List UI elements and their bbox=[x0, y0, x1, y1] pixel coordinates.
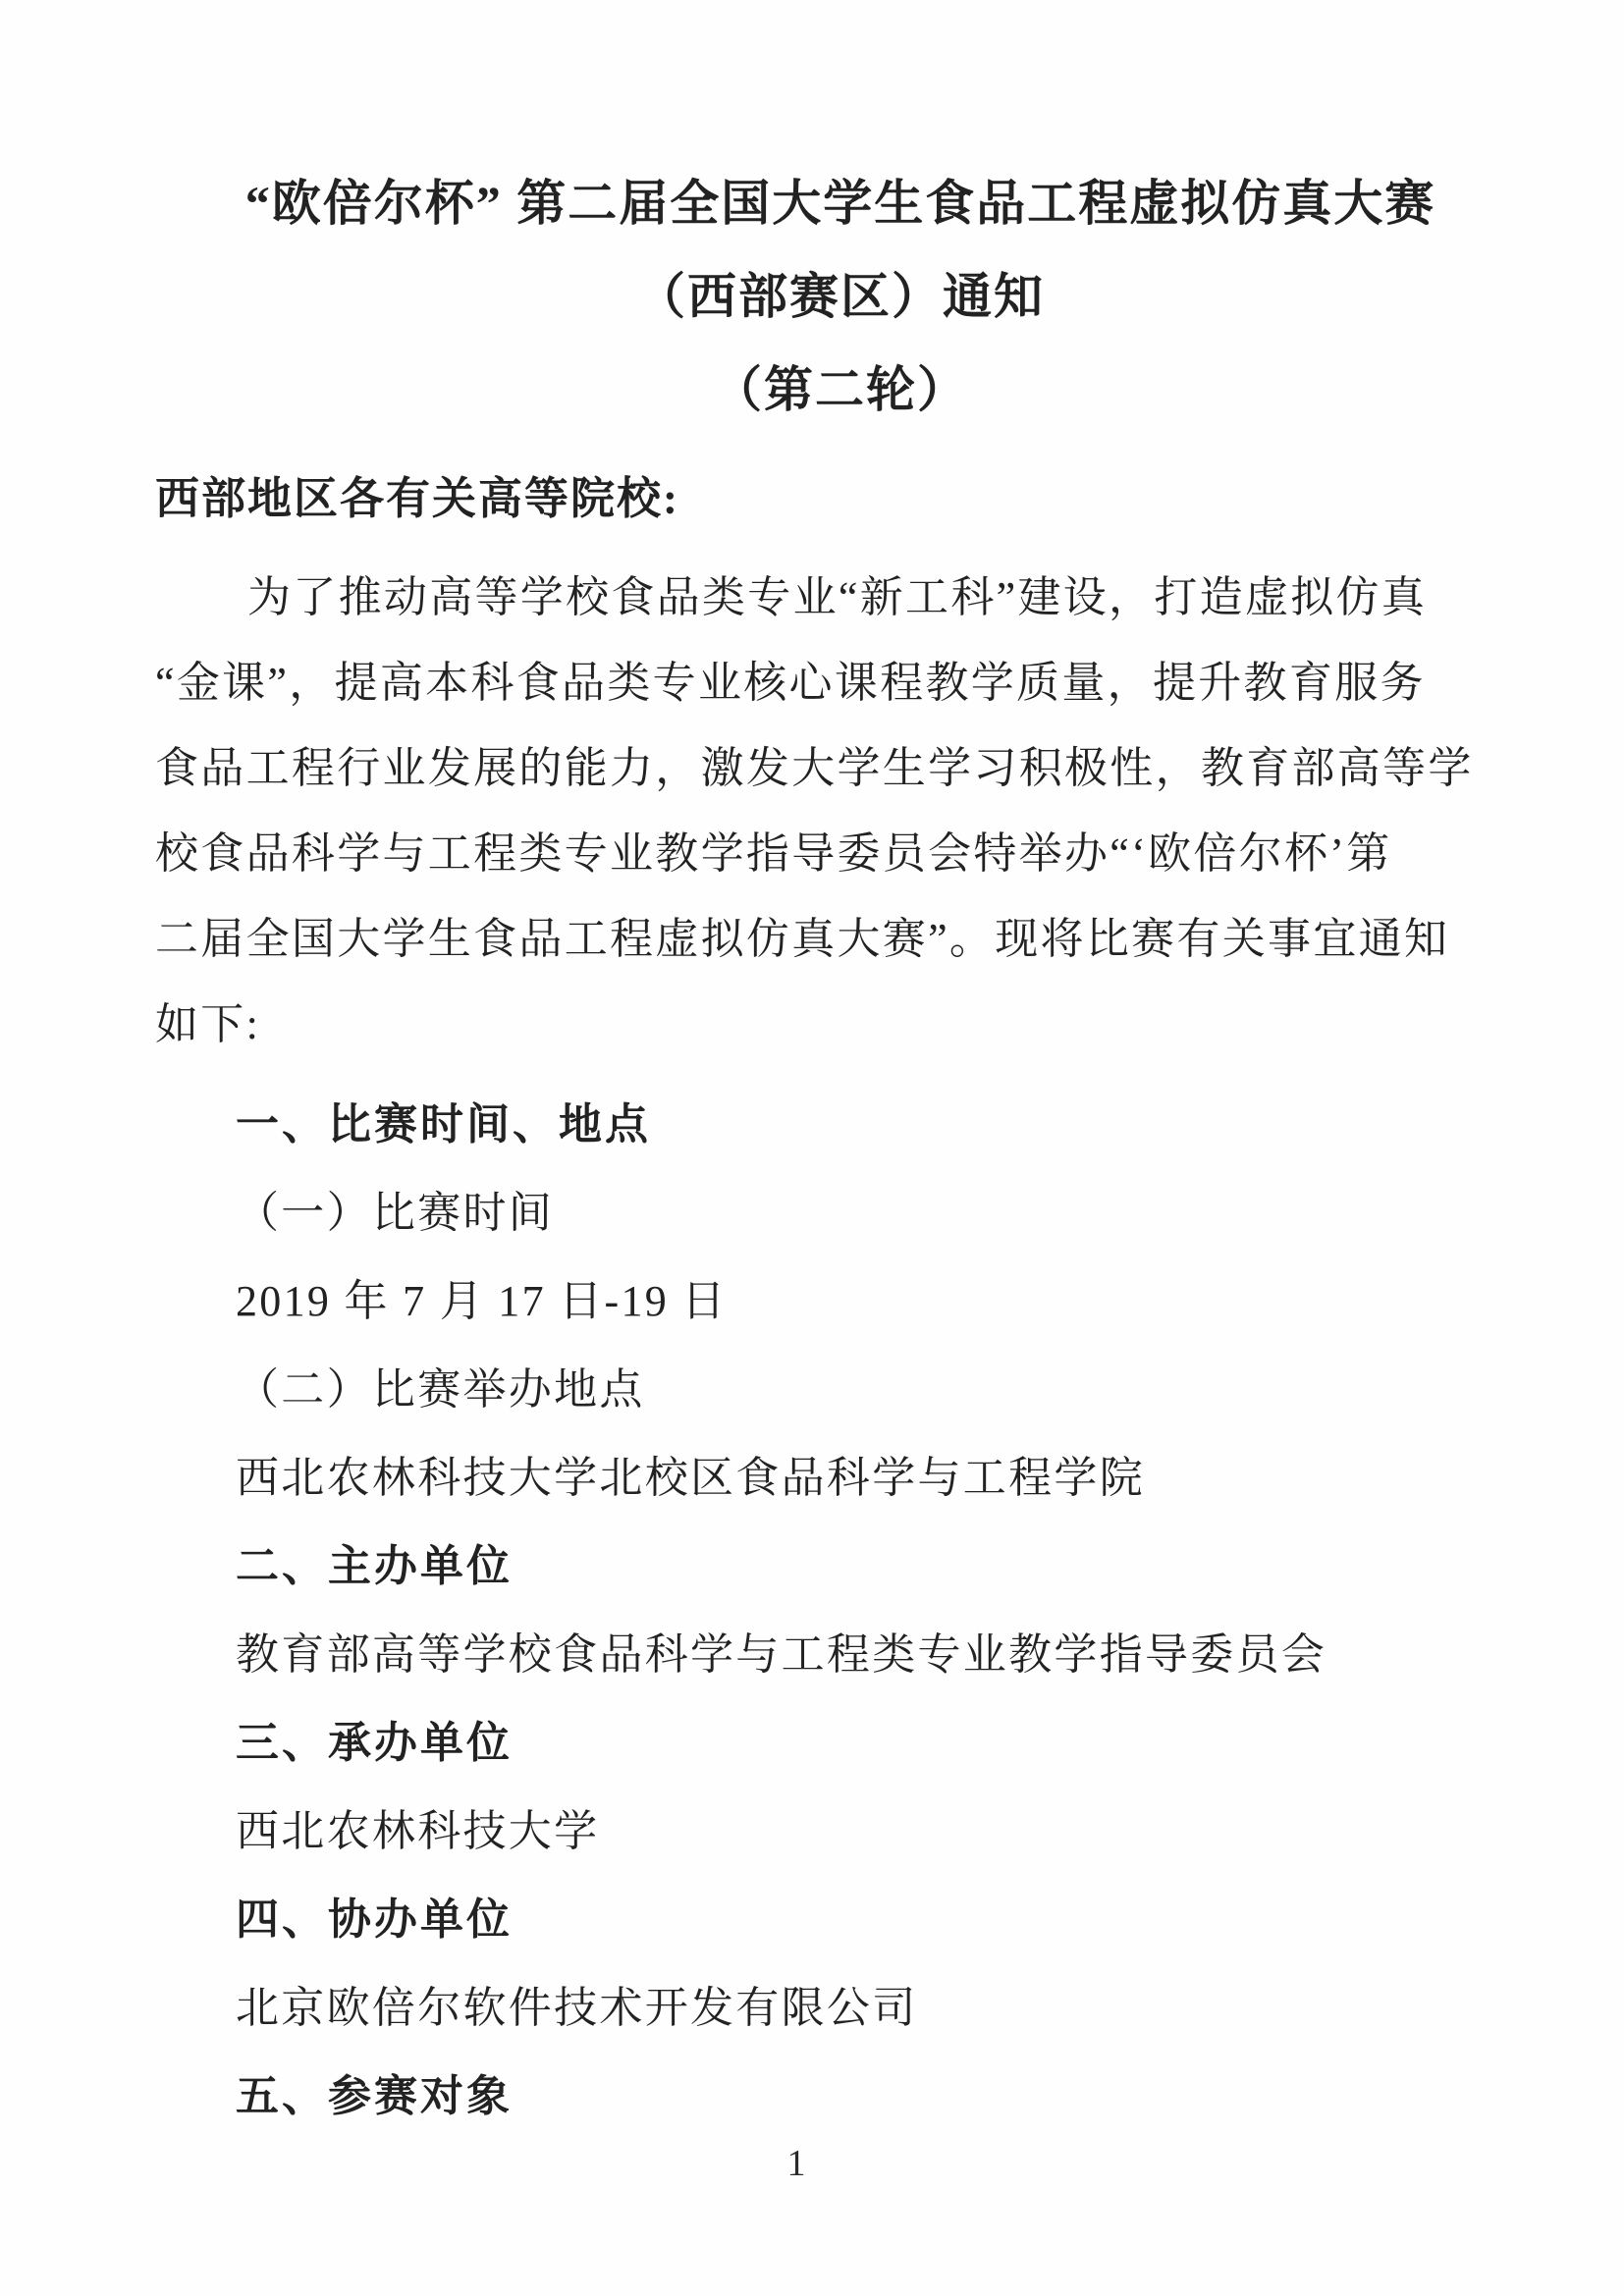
host-organization: 教育部高等学校食品科学与工程类专业教学指导委员会 bbox=[155, 1611, 1526, 1699]
title-line-3: （第二轮） bbox=[155, 344, 1526, 437]
paragraph-line-6: 如下: bbox=[155, 982, 1526, 1067]
section-sub-1-1: （一）比赛时间 bbox=[155, 1169, 1526, 1257]
paragraph-line-5: 二届全国大学生食品工程虚拟仿真大赛”。现将比赛有关事宜通知 bbox=[155, 896, 1526, 982]
title-line-2: （西部赛区）通知 bbox=[155, 250, 1526, 344]
paragraph-line-1: 为了推动高等学校食品类专业“新工科”建设，打造虚拟仿真 bbox=[155, 555, 1526, 640]
section-heading-4: 四、协办单位 bbox=[155, 1876, 1526, 1964]
competition-date: 2019 年 7 月 17 日-19 日 bbox=[155, 1257, 1526, 1346]
organizer: 西北农林科技大学 bbox=[155, 1788, 1526, 1876]
paragraph-line-2: “金课”，提高本科食品类专业核心课程教学质量，提升教育服务 bbox=[155, 640, 1526, 725]
page-number: 1 bbox=[111, 2141, 1482, 2186]
competition-venue: 西北农林科技大学北校区食品科学与工程学院 bbox=[155, 1434, 1526, 1522]
co-organizer: 北京欧倍尔软件技术开发有限公司 bbox=[155, 1964, 1526, 2053]
intro-paragraph: 为了推动高等学校食品类专业“新工科”建设，打造虚拟仿真 “金课”，提高本科食品类… bbox=[155, 555, 1526, 1067]
sections-list: 一、比赛时间、地点 （一）比赛时间 2019 年 7 月 17 日-19 日 （… bbox=[155, 1081, 1526, 2141]
section-heading-1: 一、比赛时间、地点 bbox=[155, 1081, 1526, 1169]
paragraph-line-4: 校食品科学与工程类专业教学指导委员会特举办“‘欧倍尔杯’第 bbox=[155, 811, 1526, 896]
document-page: “欧倍尔杯” 第二届全国大学生食品工程虚拟仿真大赛 （西部赛区）通知 （第二轮）… bbox=[0, 0, 1624, 2296]
section-heading-2: 二、主办单位 bbox=[155, 1522, 1526, 1611]
salutation: 西部地区各有关高等院校: bbox=[155, 454, 1526, 543]
section-sub-1-2: （二）比赛举办地点 bbox=[155, 1346, 1526, 1434]
title-line-1: “欧倍尔杯” 第二届全国大学生食品工程虚拟仿真大赛 bbox=[155, 157, 1526, 250]
section-heading-3: 三、承办单位 bbox=[155, 1699, 1526, 1788]
document-title: “欧倍尔杯” 第二届全国大学生食品工程虚拟仿真大赛 （西部赛区）通知 （第二轮） bbox=[155, 157, 1526, 437]
section-heading-5: 五、参赛对象 bbox=[155, 2053, 1526, 2141]
paragraph-line-3: 食品工程行业发展的能力，激发大学生学习积极性，教育部高等学 bbox=[155, 725, 1526, 811]
